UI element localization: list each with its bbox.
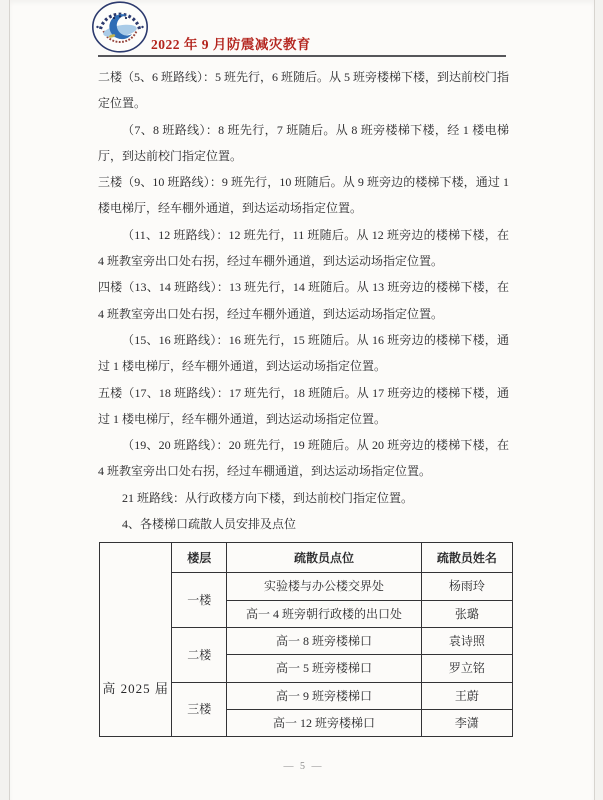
name-cell: 袁诗照 — [421, 627, 512, 654]
point-cell: 高一 9 班旁楼梯口 — [227, 682, 421, 709]
document-page: 2022 年 9 月防震减灾教育 二楼（5、6 班路线）：5 班先行，6 班随后… — [9, 0, 595, 800]
name-cell: 李潇 — [421, 709, 512, 736]
point-cell: 高一 4 班旁朝行政楼的出口处 — [227, 600, 421, 627]
body-paragraph: 五楼（17、18 班路线）：17 班先行，18 班随后。从 17 班旁边的楼梯下… — [98, 380, 509, 433]
body-paragraph: 21 班路线：从行政楼方向下楼，到达前校门指定位置。 — [98, 485, 509, 511]
header-floor: 楼层 — [172, 543, 227, 573]
document-title: 2022 年 9 月防震减灾教育 — [151, 33, 311, 53]
point-cell: 高一 5 班旁楼梯口 — [227, 655, 421, 682]
point-cell: 实验楼与办公楼交界处 — [227, 573, 421, 600]
document-header: 2022 年 9 月防震减灾教育 — [10, 0, 594, 57]
name-cell: 杨雨玲 — [421, 573, 512, 600]
grade-cell: 高 2025 届 — [100, 543, 172, 737]
point-cell: 高一 8 班旁楼梯口 — [227, 627, 421, 654]
section-heading: 4、各楼梯口疏散人员安排及点位 — [98, 511, 509, 537]
name-cell: 张璐 — [421, 600, 512, 627]
page-number: — 5 — — [98, 754, 509, 780]
body-paragraph: 四楼（13、14 班路线）：13 班先行，14 班随后。从 13 班旁边的楼梯下… — [98, 274, 509, 327]
header-point: 疏散员点位 — [227, 543, 421, 573]
table-header-row: 高 2025 届 楼层 疏散员点位 疏散员姓名 — [100, 543, 513, 573]
name-cell: 王蔚 — [421, 682, 512, 709]
body-paragraph: （7、8 班路线）：8 班先行，7 班随后。从 8 班旁楼梯下楼，经 1 楼电梯… — [98, 117, 509, 170]
floor-cell: 二楼 — [172, 627, 227, 682]
floor-cell: 一楼 — [172, 573, 227, 628]
school-emblem-icon — [91, 1, 149, 53]
header-rule — [98, 55, 506, 57]
header-name: 疏散员姓名 — [421, 543, 512, 573]
evacuation-table: 高 2025 届 楼层 疏散员点位 疏散员姓名 一楼 实验楼与办公楼交界处 杨雨… — [99, 542, 513, 737]
name-cell: 罗立铭 — [421, 655, 512, 682]
document-body: 二楼（5、6 班路线）：5 班先行，6 班随后。从 5 班旁楼梯下楼，到达前校门… — [98, 64, 509, 780]
body-paragraph: （11、12 班路线）：12 班先行，11 班随后。从 12 班旁边的楼梯下楼，… — [98, 222, 509, 275]
body-paragraph: （19、20 班路线）：20 班先行，19 班随后。从 20 班旁边的楼梯下楼，… — [98, 432, 509, 485]
point-cell: 高一 12 班旁楼梯口 — [227, 709, 421, 736]
body-paragraph: 三楼（9、10 班路线）：9 班先行，10 班随后。从 9 班旁边的楼梯下楼，通… — [98, 169, 509, 222]
body-paragraph: 二楼（5、6 班路线）：5 班先行，6 班随后。从 5 班旁楼梯下楼，到达前校门… — [98, 64, 509, 117]
body-paragraph: （15、16 班路线）：16 班先行，15 班随后。从 16 班旁边的楼梯下楼，… — [98, 327, 509, 380]
floor-cell: 三楼 — [172, 682, 227, 737]
